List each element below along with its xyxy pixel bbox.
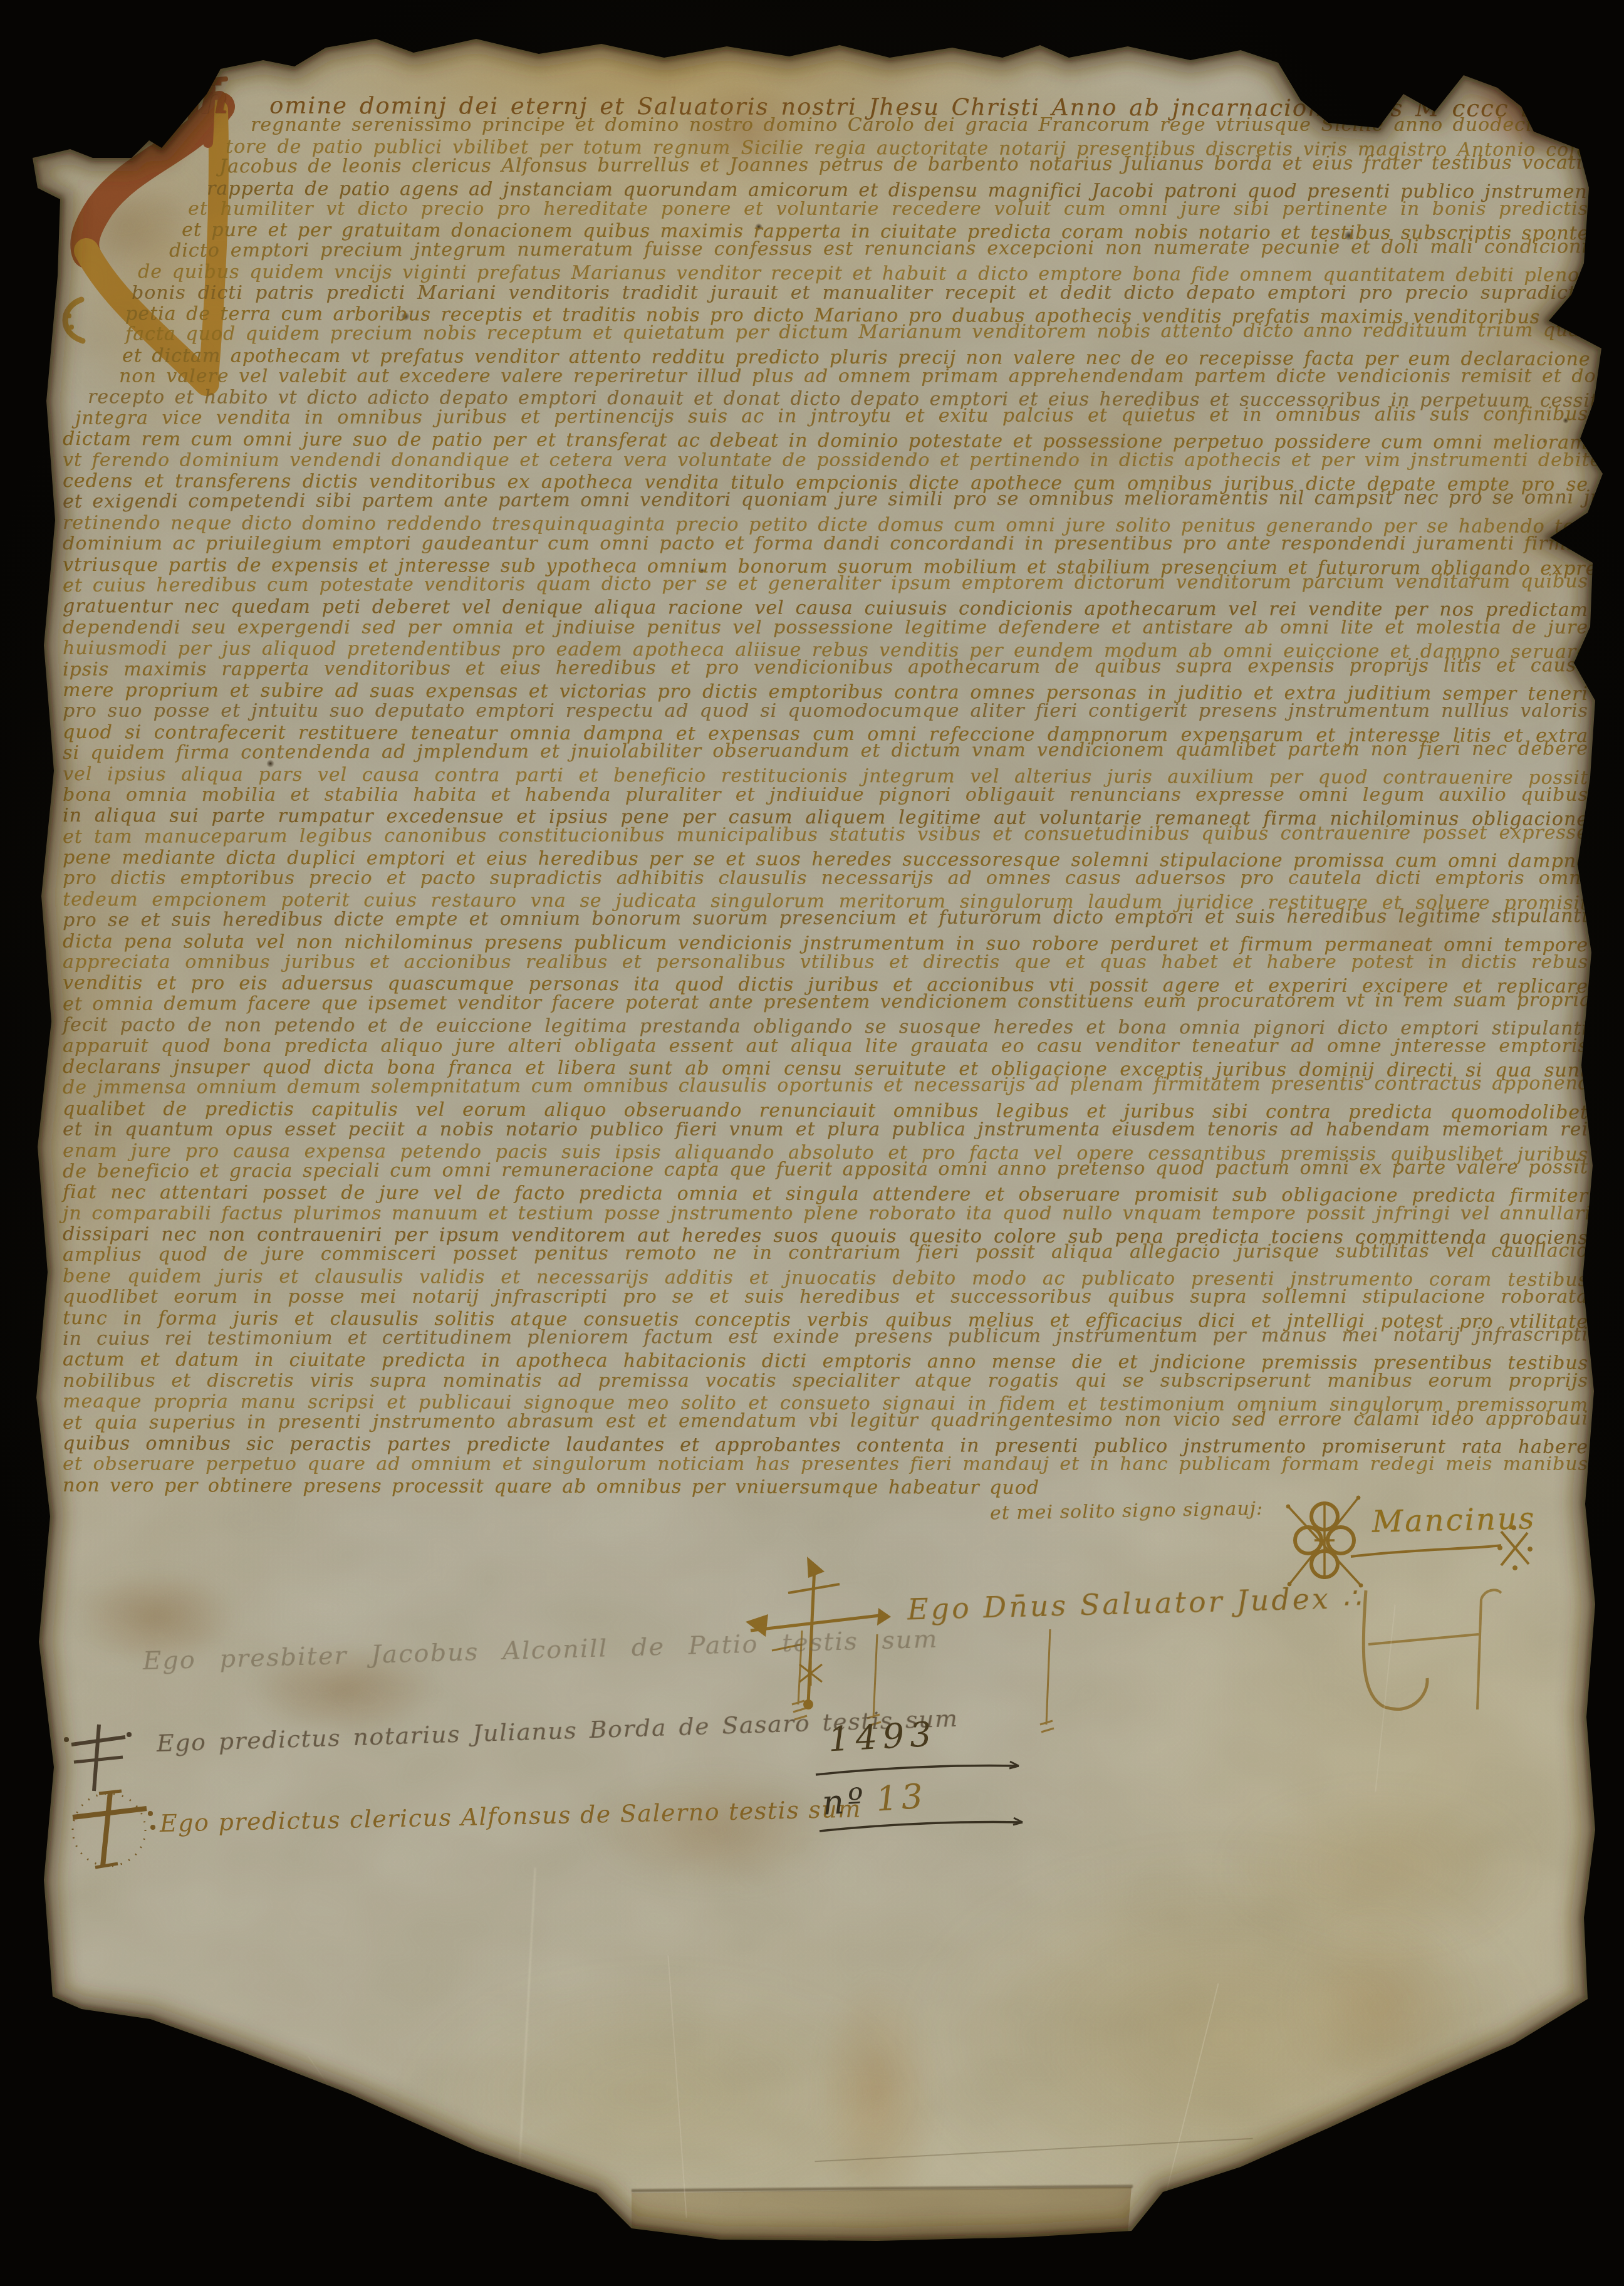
edge-shadow-soft [33,39,1603,2241]
stain-patch [1522,56,1616,125]
edge-shadow [0,0,1624,2286]
edge-shadow-hard [33,39,1603,2241]
parchment-sheet: In̄ omine dominj dei eternj et Saluatori… [0,0,1624,2286]
photograph-background: In̄ omine dominj dei eternj et Saluatori… [0,0,1624,2286]
